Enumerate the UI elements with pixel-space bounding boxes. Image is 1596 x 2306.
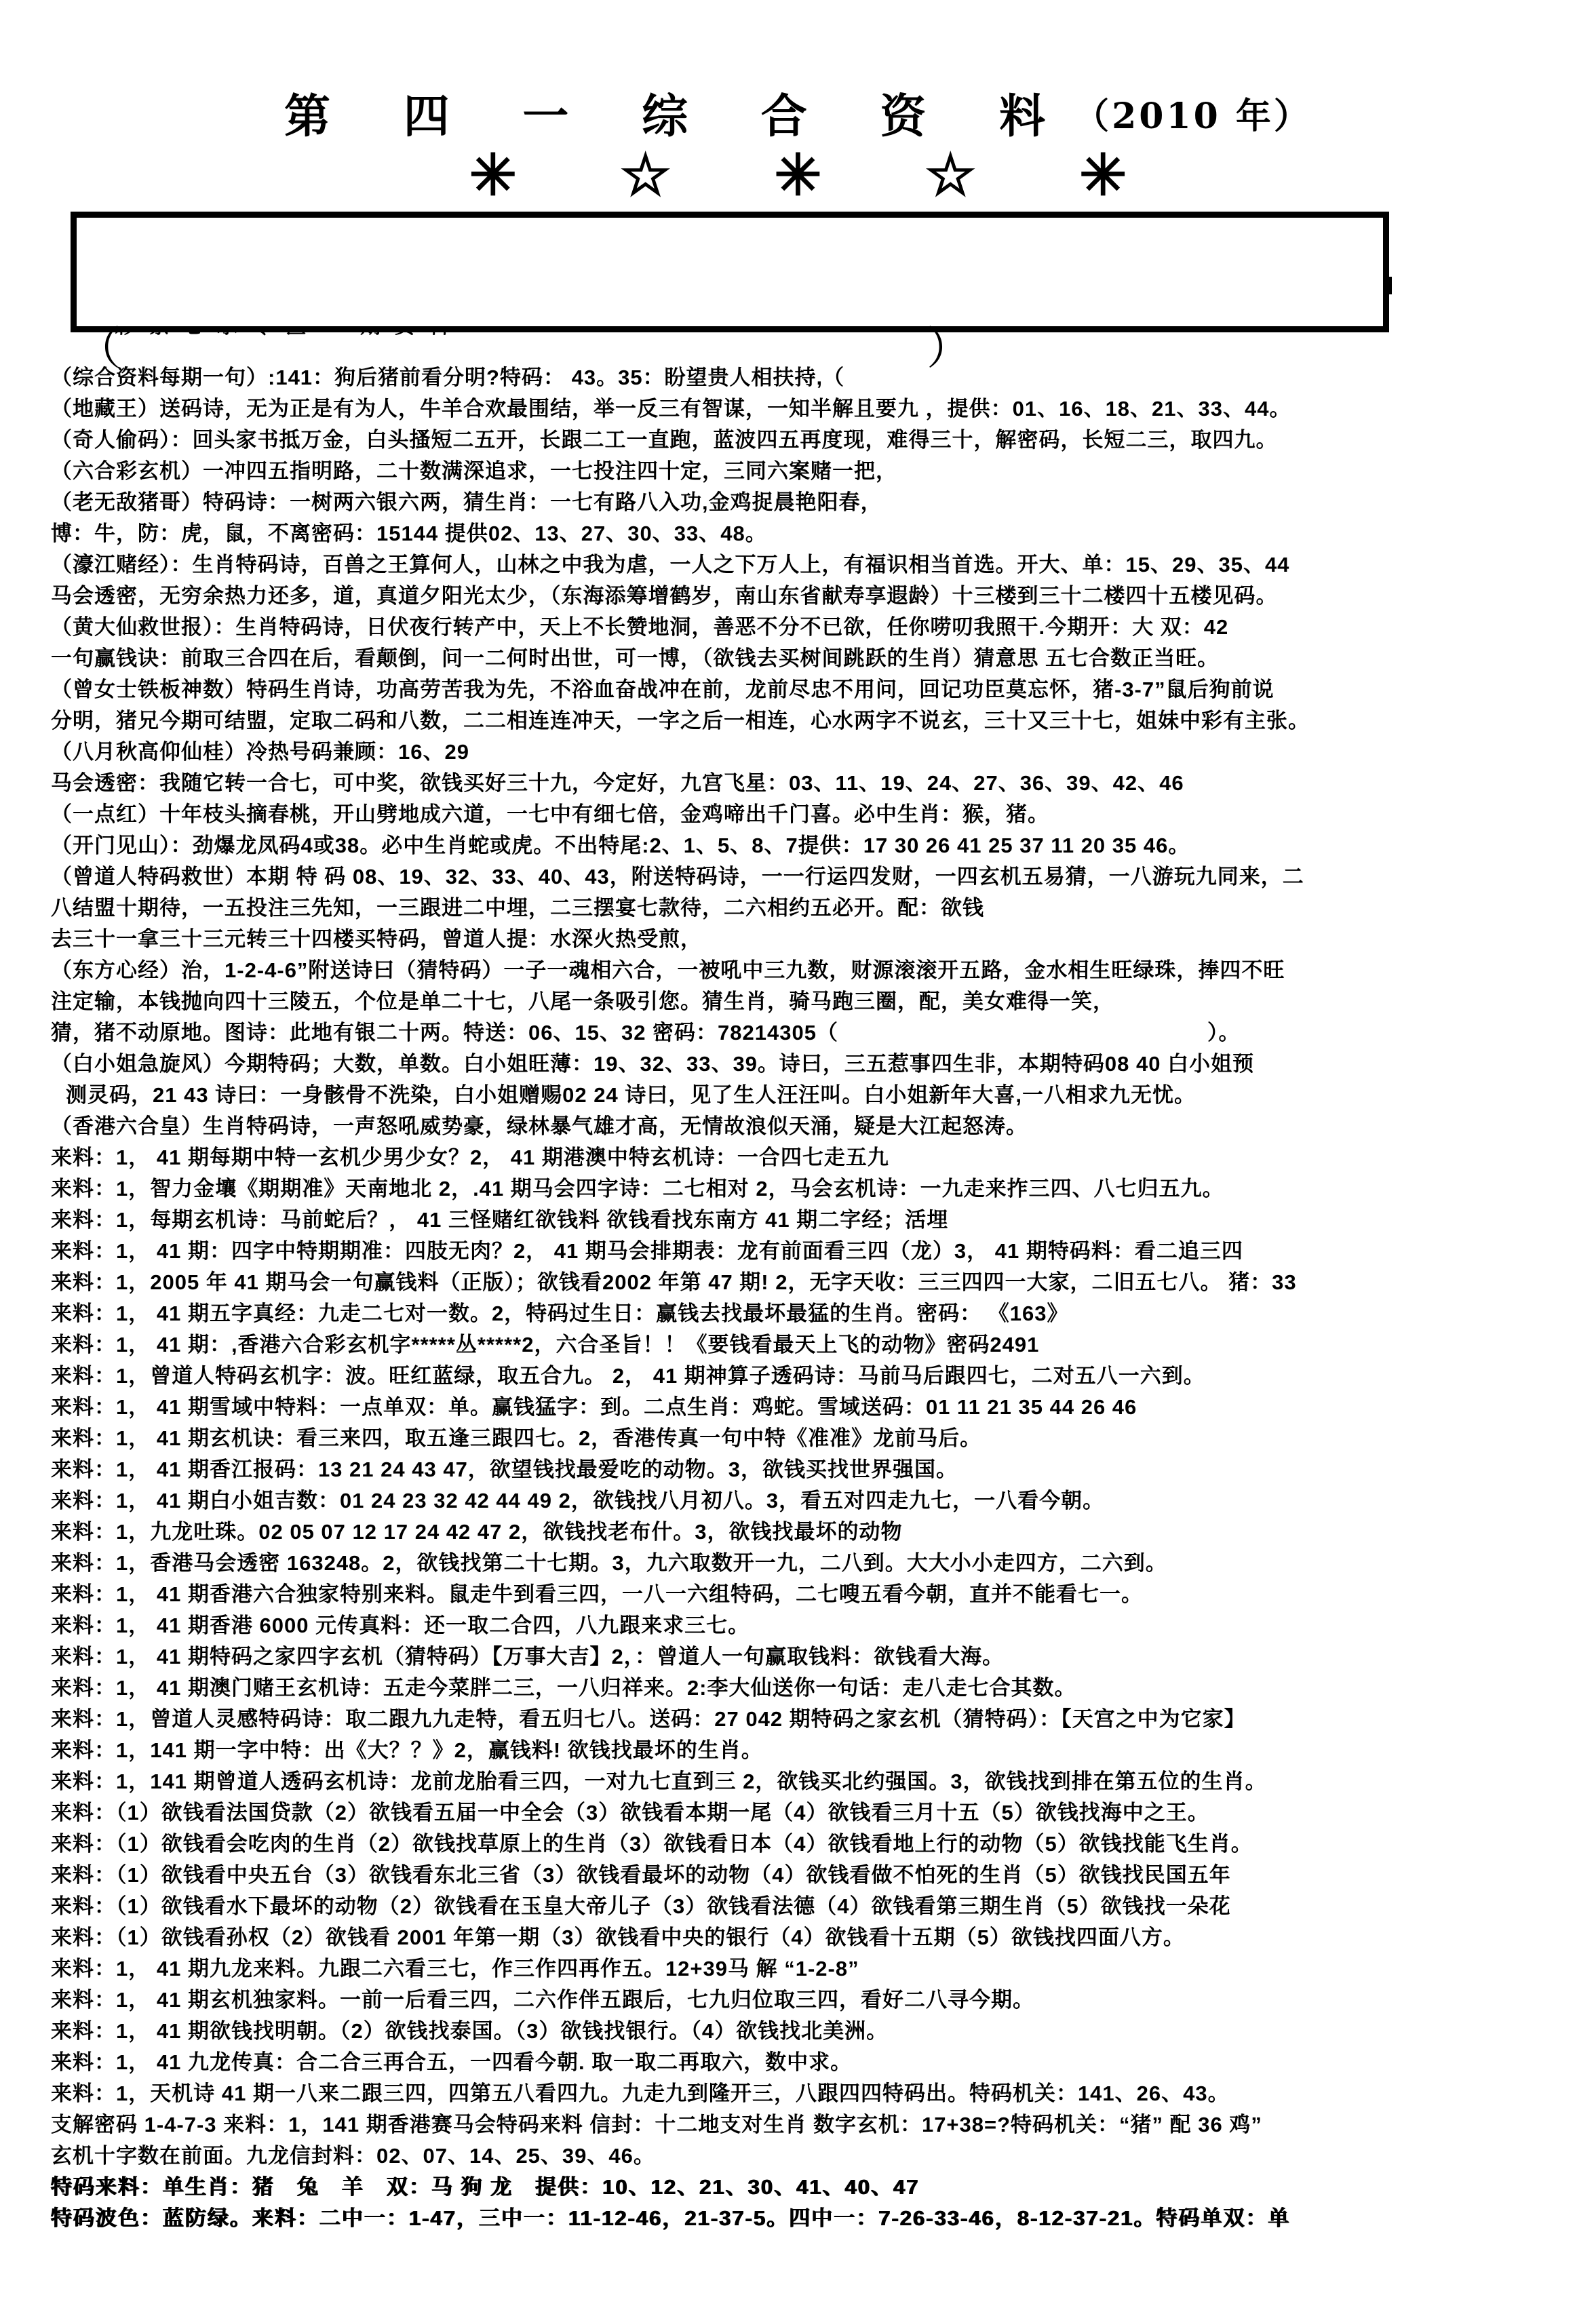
text-line: 来料：1， 41 期九龙来料。九跟二六看三七，作三作四再作五。12+39马 解 … bbox=[51, 1953, 1584, 1985]
text-line: （开门见山）：劲爆龙凤码4或38。必中生肖蛇或虎。不出特尾:2、1、5、8、7提… bbox=[51, 830, 1584, 861]
text-line: （六合彩玄机）一冲四五指明路，二十数满深追求，一七投注四十定，三同六案赌一把， bbox=[51, 456, 1584, 487]
text-line: 来料：1， 41 期白小姐吉数：01 24 23 32 42 44 49 2，欲… bbox=[51, 1485, 1584, 1517]
text-line: 来料：（1）欲钱看孙权（2）欲钱看 2001 年第一期（3）欲钱看中央的银行（4… bbox=[51, 1922, 1584, 1953]
text-line: 来料：（1）欲钱看法国贷款（2）欲钱看五届一中全会（3）欲钱看本期一尾（4）欲钱… bbox=[51, 1797, 1584, 1829]
text-line: （东方心经）治，1-2-4-6”附送诗曰（猜特码）一子一魂相六合，一被吼中三九数… bbox=[51, 955, 1584, 986]
text-line: 特码波色：蓝防绿。来料：二中一：1-47，三中一：11-12-46，21-37-… bbox=[51, 2203, 1584, 2234]
text-line: 测灵码，21 43 诗曰：一身骸骨不洗染，白小姐赠赐02 24 诗曰，见了生人汪… bbox=[51, 1080, 1584, 1111]
text-line: 来料：1，曾道人特码玄机字：波。旺红蓝绿，取五合九。 2， 41 期神算子透码诗… bbox=[51, 1361, 1584, 1392]
text-line: （老无敌猪哥）特码诗：一树两六银六两，猜生肖：一七有路八入功,金鸡捉晨艳阳春， bbox=[51, 487, 1584, 518]
text-line: 一句赢钱诀：前取三合四在后，看颠倒，问一二何时出世，可一博，（欲钱去买树间跳跃的… bbox=[51, 643, 1584, 674]
text-line: 来料：1，智力金壤《期期准》天南地北 2，.41 期马会四字诗：二七相对 2，马… bbox=[51, 1173, 1584, 1205]
text-line: 来料：（1）欲钱看会吃肉的生肖（2）欲钱找草原上的生肖（3）欲钱看日本（4）欲钱… bbox=[51, 1829, 1584, 1860]
text-line: 来料：1， 41 期玄机独家料。一前一后看三四，二六作伴五跟后，七九归位取三四，… bbox=[51, 1985, 1584, 2016]
text-line: 来料：1，2005 年 41 期马会一句赢钱料（正版）；欲钱看2002 年第 4… bbox=[51, 1267, 1584, 1298]
box-edge-mark bbox=[1384, 277, 1392, 294]
text-line: 马会透密，无穷余热力还多，道，真道夕阳光太少，（东海添筹增鹤岁，南山东省献寿享遐… bbox=[51, 581, 1584, 612]
text-line: 去三十一拿三十三元转三十四楼买特码，曾道人提：水深火热受煎， bbox=[51, 924, 1584, 955]
page-title-year: （2010 年） bbox=[1074, 96, 1312, 137]
text-line: 分明，猪兄今期可结盟，定取二码和八数，二二相连连冲天，一字之后一相连，心水两字不… bbox=[51, 705, 1584, 737]
text-line: 玄机十字数在前面。九龙信封料：02、07、14、25、39、46。 bbox=[51, 2141, 1584, 2172]
text-line: （综合资料每期一句）:141：狗后猪前看分明?特码： 43。35：盼望贵人相扶持… bbox=[51, 362, 1584, 393]
text-line: 来料：1， 41 九龙传真：合二合三再合五，一四看今朝. 取一取二再取六，数中求… bbox=[51, 2047, 1584, 2078]
text-line: 来料：1， 41 期香江报码：13 21 24 43 47，欲望钱找最爱吃的动物… bbox=[51, 1454, 1584, 1485]
page-title-text: 第 四 一 综 合 资 料 bbox=[284, 90, 1074, 144]
text-line: （白小姐急旋风）今期特码；大数，单数。白小姐旺薄：19、32、33、39。诗曰，… bbox=[51, 1049, 1584, 1080]
document-page: 第 四 一 综 合 资 料（2010 年） ✳☆✳☆✳ ＝≡彩 票 心 水 专 … bbox=[0, 0, 1596, 2306]
text-line: 来料：1，香港马会透密 163248。2，欲钱找第二十七期。3，九六取数开一九，… bbox=[51, 1548, 1584, 1579]
text-line: 来料：（1）欲钱看水下最坏的动物（2）欲钱看在玉皇大帝儿子（3）欲钱看法德（4）… bbox=[51, 1891, 1584, 1922]
text-line: （地藏王）送码诗，无为正是有为人，牛羊合欢最围结，举一反三有智谋，一知半解且要九… bbox=[51, 393, 1584, 425]
star-decoration: ✳☆✳☆✳ bbox=[0, 141, 1596, 209]
text-line: （黄大仙救世报）：生肖特码诗，日伏夜行转产中，天上不长赞地洞，善恶不分不已欲，任… bbox=[51, 612, 1584, 643]
text-line: 来料：1， 41 期雪域中特料：一点单双：单。赢钱猛字：到。二点生肖：鸡蛇。雪域… bbox=[51, 1392, 1584, 1423]
text-line: 特码来料：单生肖：猪 兔 羊 双：马 狗 龙 提供：10、12、21、30、41… bbox=[51, 2172, 1584, 2203]
text-line: 来料：1， 41 期香港六合独家特别来料。鼠走牛到看三四，一八一六组特码，二七嗖… bbox=[51, 1579, 1584, 1610]
text-line: （曾道人特码救世）本期 特 码 08、19、32、33、40、43，附送特码诗，… bbox=[51, 861, 1584, 893]
text-line: （奇人偷码）：回头家书抵万金，白头搔短二五开，长跟二工一直跑，蓝波四五再度现，难… bbox=[51, 425, 1584, 456]
text-line: 来料：1， 41 期特码之家四字玄机（猜特码）【万事大吉】2，：曾道人一句赢取钱… bbox=[51, 1641, 1584, 1673]
text-line: 来料：1，141 期曾道人透码玄机诗：龙前龙胎看三四，一对九七直到三 2，欲钱买… bbox=[51, 1766, 1584, 1797]
blank-content-box bbox=[71, 212, 1389, 332]
text-line: 来料：1， 41 期：四字中特期期准：四肢无肉？2， 41 期马会排期表：龙有前… bbox=[51, 1236, 1584, 1267]
text-line: 来料：1，141 期一字中特：出《大？？》2，赢钱料! 欲钱找最坏的生肖。 bbox=[51, 1735, 1584, 1766]
text-line: 猜，猪不动原地。图诗：此地有银二十两。特送：06、15、32 密码：782143… bbox=[51, 1017, 1584, 1049]
text-line: 来料：1， 41 期每期中特一玄机少男少女？2， 41 期港澳中特玄机诗：一合四… bbox=[51, 1142, 1584, 1173]
text-line: （濠江赌经）：生肖特码诗，百兽之王算何人，山林之中我为虐，一人之下万人上，有福识… bbox=[51, 549, 1584, 581]
text-line: 马会透密：我随它转一合七，可中奖，欲钱买好三十九，今定好，九宫飞星：03、11、… bbox=[51, 768, 1584, 799]
text-line: 来料：1， 41 期五字真经：九走二七对一数。2，特码过生日：赢钱去找最坏最猛的… bbox=[51, 1298, 1584, 1329]
text-line: 来料：1，曾道人灵感特码诗：取二跟九九走特，看五归七八。送码：27 042 期特… bbox=[51, 1704, 1584, 1735]
text-line: （一点红）十年枝头摘春桃，开山劈地成六道，一七中有细七倍，金鸡啼出千门喜。必中生… bbox=[51, 799, 1584, 830]
text-line: 来料：1， 41 期欲钱找明朝。（2）欲钱找泰国。（3）欲钱找银行。（4）欲钱找… bbox=[51, 2016, 1584, 2047]
text-line: 来料：1， 41 期：,香港六合彩玄机字*****丛*****2，六合圣旨！！《… bbox=[51, 1329, 1584, 1361]
text-line: （香港六合皇）生肖特码诗，一声怒吼威势豪，绿林暴气雄才高，无情故浪似天涌，疑是大… bbox=[51, 1111, 1584, 1142]
text-line: 来料：1，九龙吐珠。02 05 07 12 17 24 42 47 2，欲钱找老… bbox=[51, 1517, 1584, 1548]
text-line: 注定输，本钱抛向四十三陵五，个位是单二十七，八尾一条吸引您。猜生肖，骑马跑三圈，… bbox=[51, 986, 1584, 1017]
text-line: 支解密码 1-4-7-3 来料：1，141 期香港赛马会特码来料 信封：十二地支… bbox=[51, 2109, 1584, 2141]
clipped-text-fragment: ＝≡彩 票 心 水 专 区≡＝ 期 资 料 bbox=[75, 328, 726, 338]
text-line: 来料：1， 41 期澳门赌王玄机诗：五走今菜胖二三，一八归祥来。2:李大仙送你一… bbox=[51, 1673, 1584, 1704]
body-text-lines: （综合资料每期一句）:141：狗后猪前看分明?特码： 43。35：盼望贵人相扶持… bbox=[51, 362, 1584, 2234]
text-line: 博：牛，防：虎，鼠，不离密码：15144 提供02、13、27、30、33、48… bbox=[51, 518, 1584, 549]
text-line: 来料：1，每期玄机诗：马前蛇后？， 41 三怪赌红欲钱料 欲钱看找东南方 41 … bbox=[51, 1205, 1584, 1236]
page-title: 第 四 一 综 合 资 料（2010 年） bbox=[0, 80, 1596, 146]
text-line: 来料：（1）欲钱看中央五台（3）欲钱看东北三省（3）欲钱看最坏的动物（4）欲钱看… bbox=[51, 1860, 1584, 1891]
text-line: 来料：1， 41 期香港 6000 元传真料：还一取二合四，八九跟来求三七。 bbox=[51, 1610, 1584, 1641]
text-line: 八结盟十期待，一五投注三先知，一三跟进二中埋，二三摆宴七款待，二六相约五必开。配… bbox=[51, 893, 1584, 924]
text-line: 来料：1，天机诗 41 期一八来二跟三四，四第五八看四九。九走九到隆开三，八跟四… bbox=[51, 2078, 1584, 2109]
text-line: 来料：1， 41 期玄机诀：看三来四，取五逢三跟四七。2，香港传真一句中特《准准… bbox=[51, 1423, 1584, 1454]
text-line: （曾女士铁板神数）特码生肖诗，功高劳苦我为先，不浴血奋战冲在前，龙前尽忠不用问，… bbox=[51, 674, 1584, 705]
text-line: （八月秋高仰仙桂）冷热号码兼顾：16、29 bbox=[51, 737, 1584, 768]
